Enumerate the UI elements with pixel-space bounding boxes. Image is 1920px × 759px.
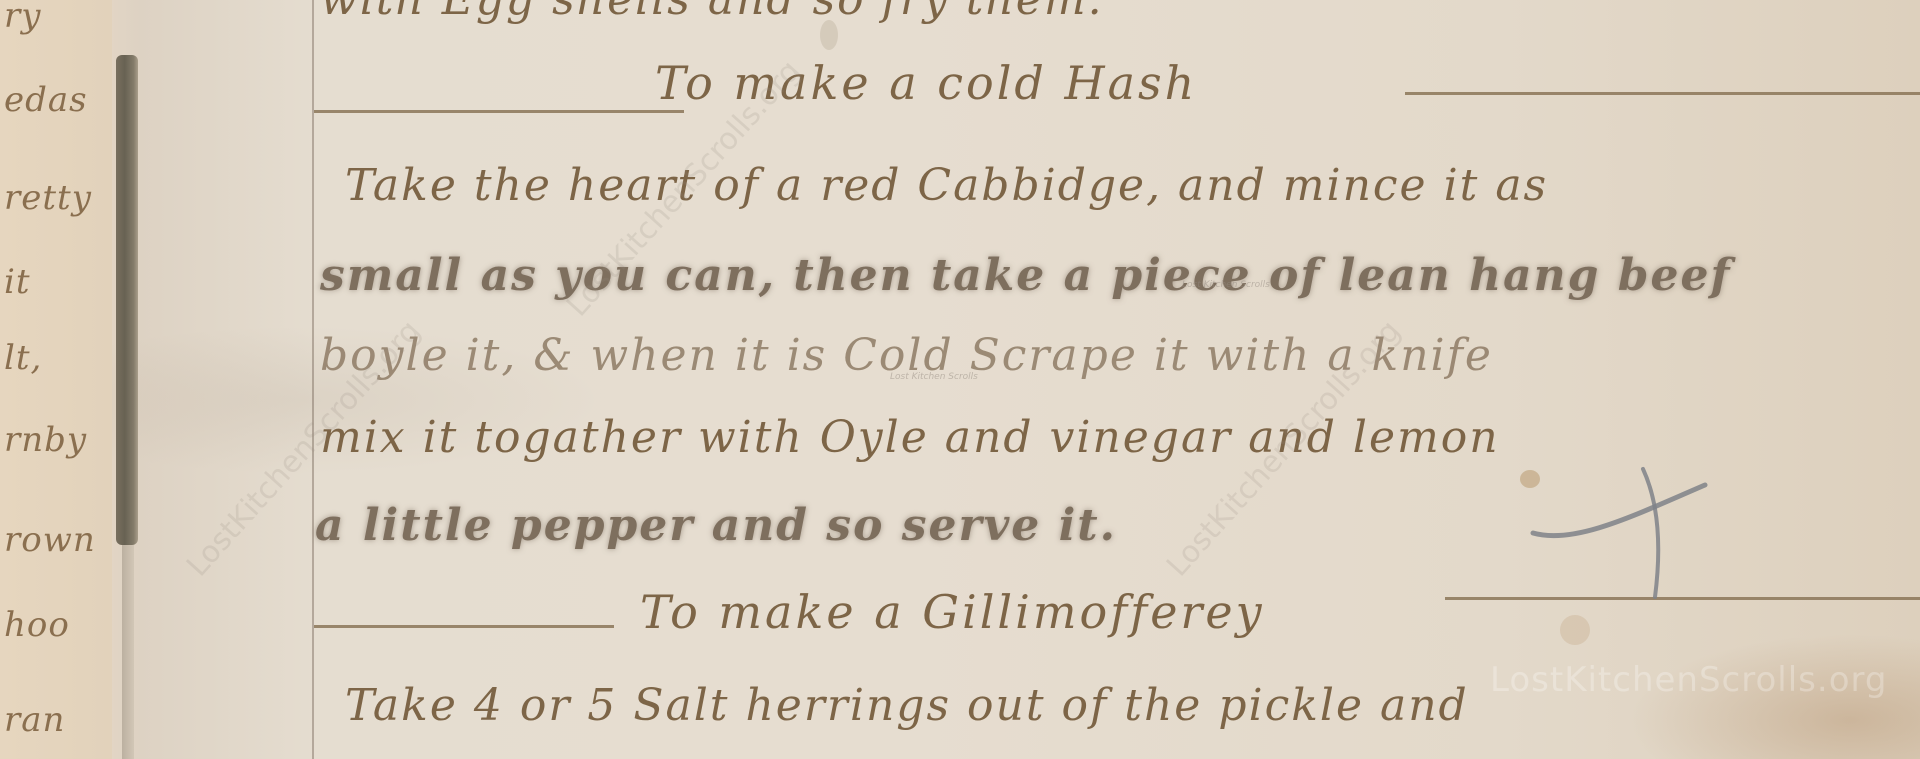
recipe-line: boyle it, & when it is Cold Scrape it wi… — [320, 330, 1493, 381]
left-fragment: edas — [4, 80, 88, 120]
left-fragment: rown — [4, 520, 96, 560]
watermark-horizontal: LostKitchenScrolls.org — [1490, 660, 1887, 700]
heading-rule-left — [314, 625, 614, 628]
left-fragment: ry — [4, 0, 41, 36]
left-facing-page: ry edas retty it lt, rnby rown hoo ran — [0, 0, 112, 759]
manuscript-spread: ry edas retty it lt, rnby rown hoo ran w… — [0, 0, 1920, 759]
left-fragment: rnby — [4, 420, 87, 460]
left-fragment: hoo — [4, 605, 70, 645]
margin-rule-line — [312, 0, 314, 759]
paper-stain — [1560, 615, 1590, 645]
book-binding-gutter — [116, 55, 138, 545]
left-fragment: lt, — [4, 338, 42, 378]
left-fragment: ran — [4, 700, 65, 740]
recipe-line: small as you can, then take a piece of l… — [320, 250, 1731, 301]
manuscript-top-line: with Egg shells and so fry them. — [320, 0, 1104, 25]
heading-rule-left — [314, 110, 684, 113]
recipe-line: mix it togather with Oyle and vinegar an… — [320, 412, 1500, 463]
left-fragment: retty — [4, 178, 92, 218]
heading-rule-right — [1405, 92, 1920, 95]
recipe-heading-gillimofferey: To make a Gillimofferey — [640, 585, 1265, 639]
book-binding-gutter-lower — [122, 545, 134, 759]
recipe-line: a little pepper and so serve it. — [315, 500, 1117, 551]
recipe-line: Take the heart of a red Cabbidge, and mi… — [345, 160, 1548, 211]
recipe-line: Take 4 or 5 Salt herrings out of the pic… — [345, 680, 1469, 731]
left-fragment: it — [4, 262, 31, 302]
pencil-x-mark-icon — [1515, 465, 1715, 600]
recipe-heading-cold-hash: To make a cold Hash — [655, 56, 1197, 110]
